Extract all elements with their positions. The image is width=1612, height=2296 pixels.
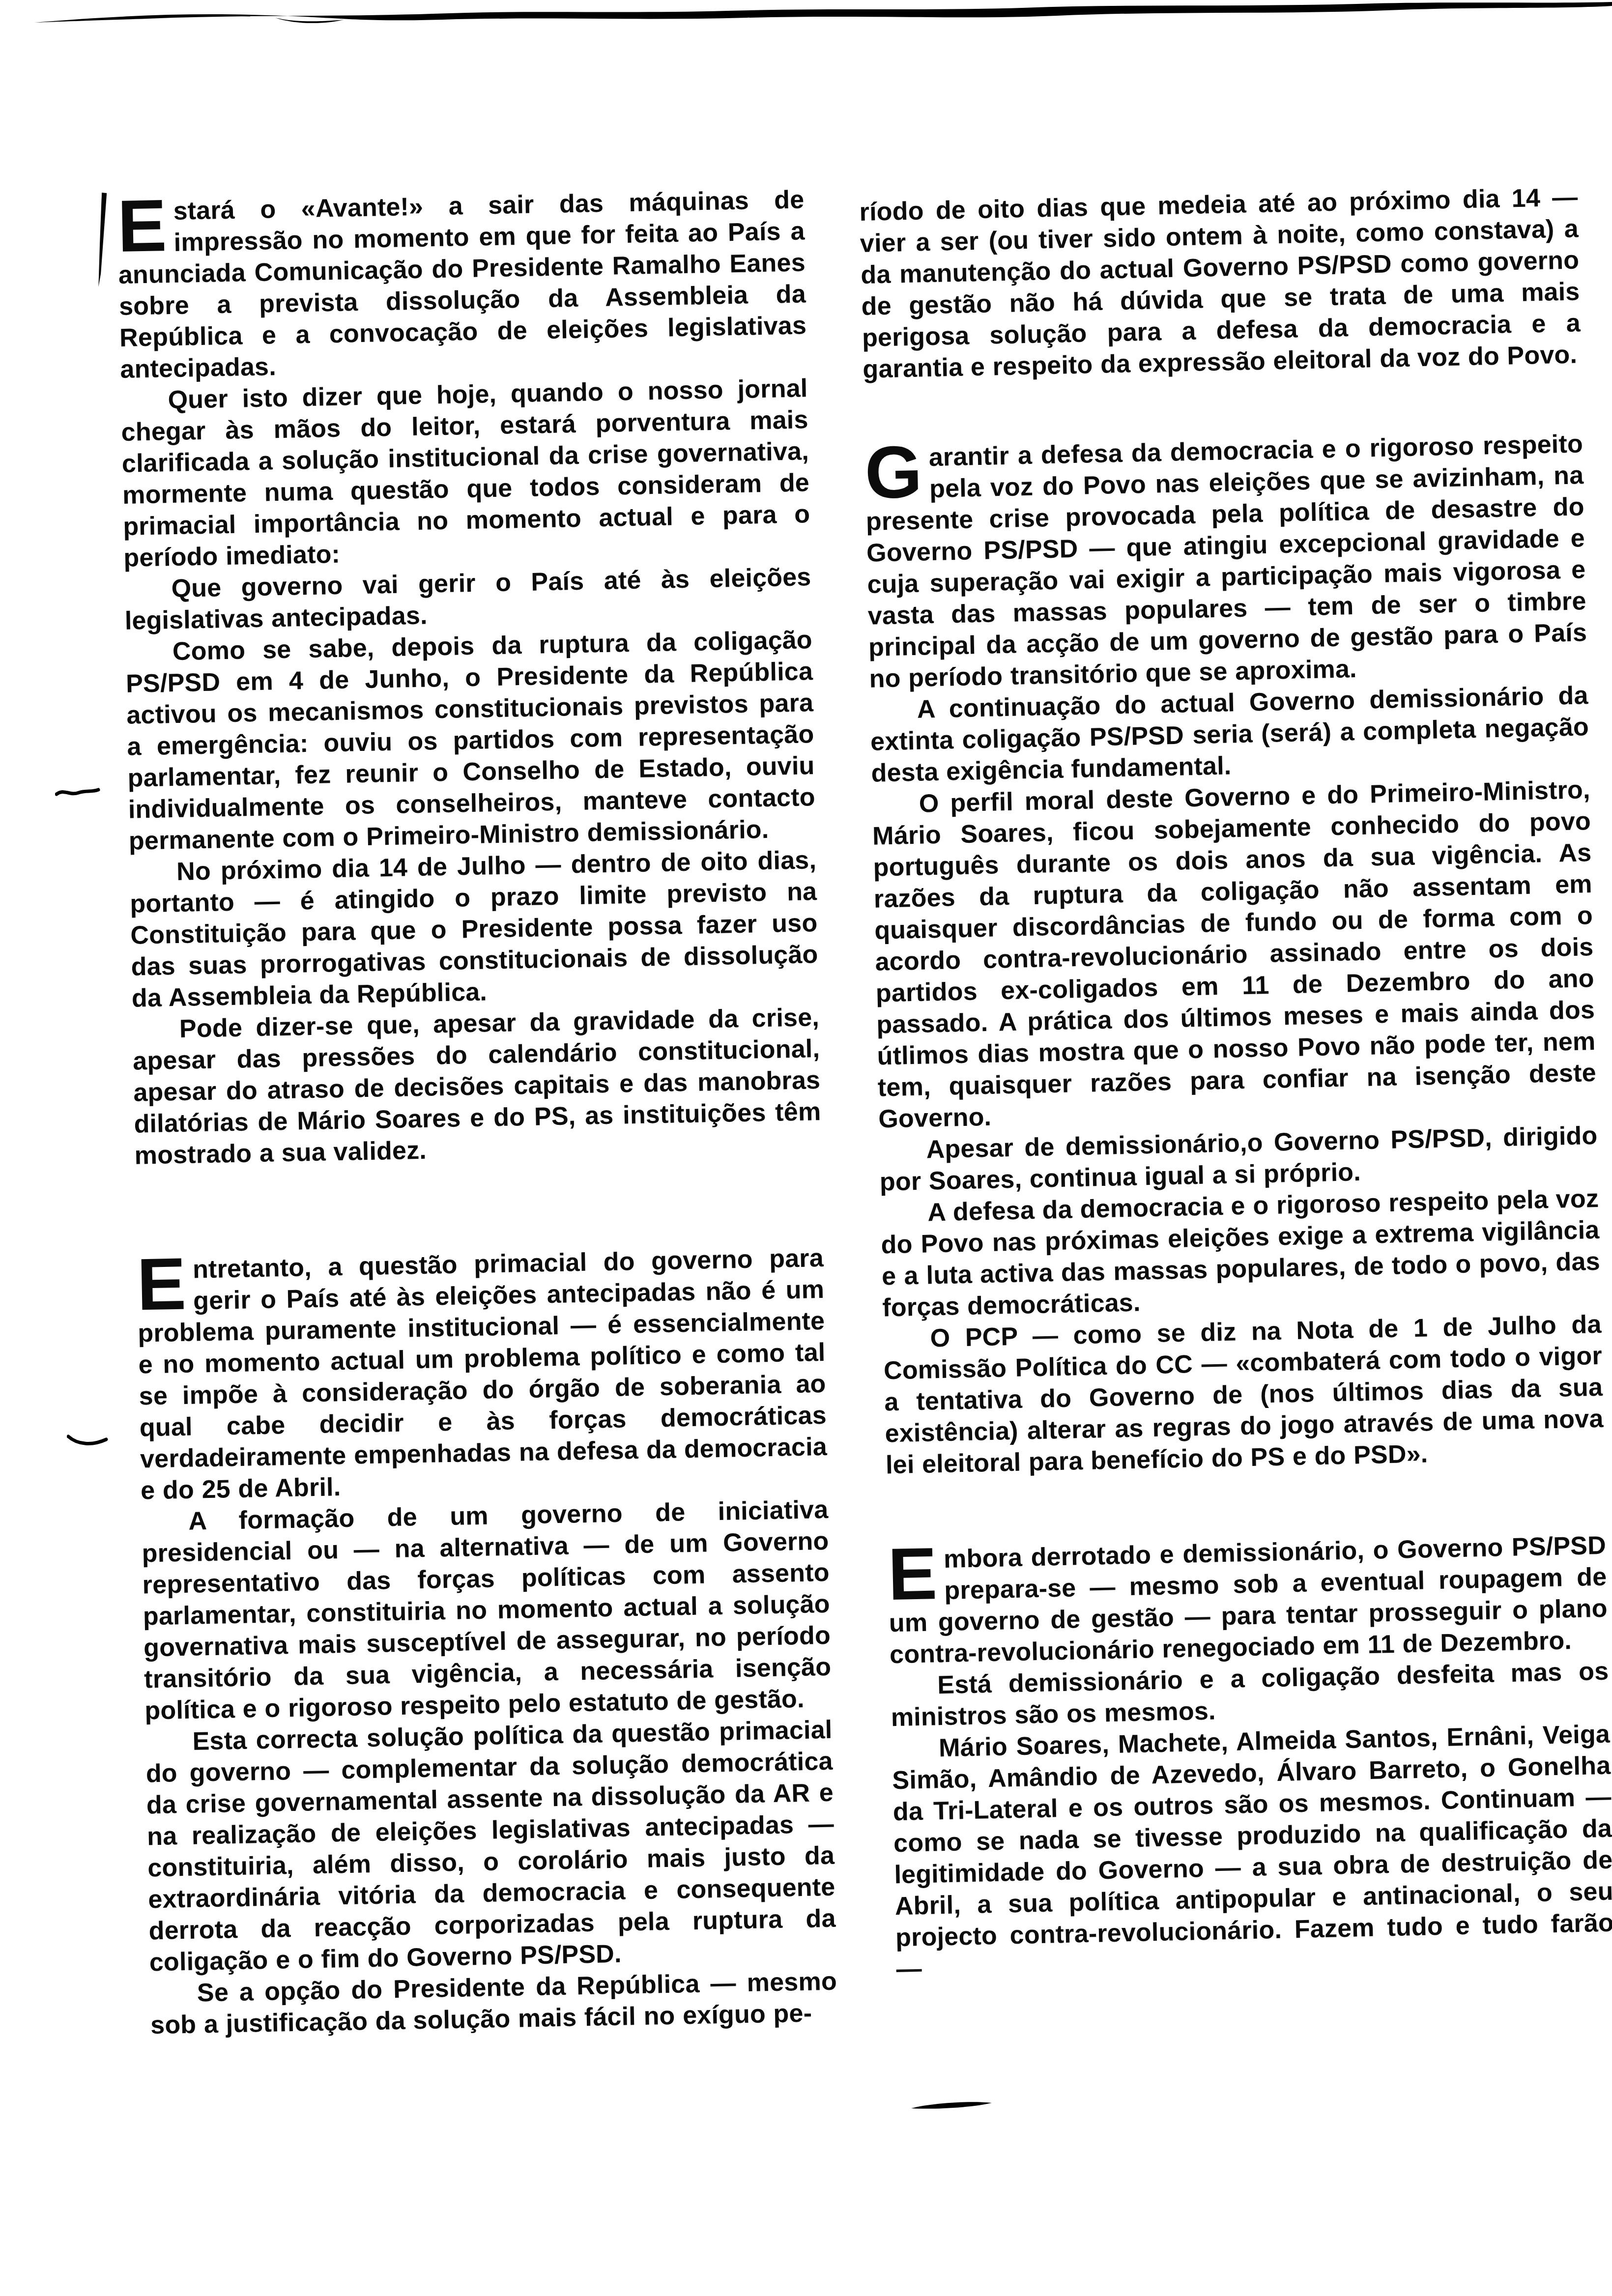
paragraph: Mário Soares, Machete, Almeida Santos, E… [892, 1719, 1612, 1985]
paragraph-text: O PCP — como se diz na Nota de 1 de Julh… [883, 1310, 1604, 1480]
paragraph: Garantir a defesa da democracia e o rigo… [864, 428, 1588, 695]
paragraph: Como se sabe, depois da ruptura da colig… [125, 624, 816, 857]
paragraph-text: mbora derrotado e demissionário, o Gover… [889, 1531, 1608, 1669]
paragraph-text: O perfil moral deste Governo e do Primei… [872, 775, 1597, 1133]
drop-cap-letter: E [888, 1546, 936, 1606]
drop-cap-letter: E [117, 198, 165, 258]
paragraph: Entretanto, a questão primacial do gover… [136, 1242, 828, 1507]
paragraph: ríodo de oito dias que medeia até ao pró… [859, 181, 1582, 385]
paragraph-text: A continuação do actual Governo demissio… [870, 681, 1589, 788]
paragraph-text: Se a opção do Presidente da República — … [150, 1967, 837, 2040]
scan-edge-artifact-top [0, 0, 1612, 34]
paragraph: Que governo vai gerir o País até às elei… [124, 561, 812, 637]
paragraph-text: ntretanto, a questão primacial do govern… [138, 1244, 828, 1505]
paragraph-text: Como se sabe, depois da ruptura da colig… [126, 626, 816, 856]
paragraph-text: A defesa da democracia e o rigoroso resp… [881, 1184, 1600, 1322]
paragraph: Estará o «Avante!» a sair das máquinas d… [117, 184, 807, 385]
margin-curve-mark [67, 1433, 108, 1448]
paragraph: A defesa da democracia e o rigoroso resp… [880, 1183, 1601, 1324]
paragraph-text: Esta correcta solução política da questã… [145, 1716, 836, 1977]
paragraph: O PCP — como se diz na Nota de 1 de Julh… [883, 1309, 1604, 1481]
paragraph-text: Quer isto dizer que hoje, quando o nosso… [121, 374, 810, 573]
scanned-newspaper-page: Estará o «Avante!» a sair das máquinas d… [0, 0, 1612, 2296]
margin-ink-stroke [95, 193, 107, 287]
paragraph: Embora derrotado e demissionário, o Gove… [887, 1530, 1608, 1671]
article-column-right: ríodo de oito dias que medeia até ao pró… [859, 181, 1612, 1985]
paragraph-text: Pode dizer-se que, apesar da gravidade d… [133, 1003, 821, 1170]
paragraph: Se a opção do Presidente da República — … [149, 1966, 837, 2041]
paragraph: O perfil moral deste Governo e do Primei… [871, 774, 1597, 1135]
margin-tilde-mark [55, 784, 100, 801]
paragraph-text: No próximo dia 14 de Julho — dentro de o… [130, 846, 818, 1013]
drop-cap-letter: G [864, 444, 921, 504]
paragraph-text: arantir a defesa da democracia e o rigor… [865, 430, 1587, 693]
paragraph-text: stará o «Avante!» a sair das máquinas de… [118, 185, 806, 384]
paragraph: No próximo dia 14 de Julho — dentro de o… [129, 844, 819, 1014]
paragraph-text: ríodo de oito dias que medeia até ao pró… [859, 183, 1581, 384]
article-end-divider [910, 2099, 994, 2111]
drop-cap-letter: E [137, 1256, 185, 1316]
paragraph: A formação de um governo de iniciativa p… [141, 1494, 832, 1727]
article-column-left: Estará o «Avante!» a sair das máquinas d… [117, 184, 838, 2041]
paragraph: Pode dizer-se que, apesar da gravidade d… [132, 1002, 822, 1172]
paragraph: Esta correcta solução política da questã… [145, 1714, 836, 1979]
paragraph: A continuação do actual Governo demissio… [869, 680, 1590, 789]
paragraph: Quer isto dizer que hoje, quando o nosso… [120, 373, 811, 574]
paragraph-text: Que governo vai gerir o País até às elei… [124, 563, 811, 635]
paragraph-text: Mário Soares, Machete, Almeida Santos, E… [892, 1720, 1612, 1984]
paragraph-text: A formação de um governo de iniciativa p… [142, 1495, 832, 1725]
